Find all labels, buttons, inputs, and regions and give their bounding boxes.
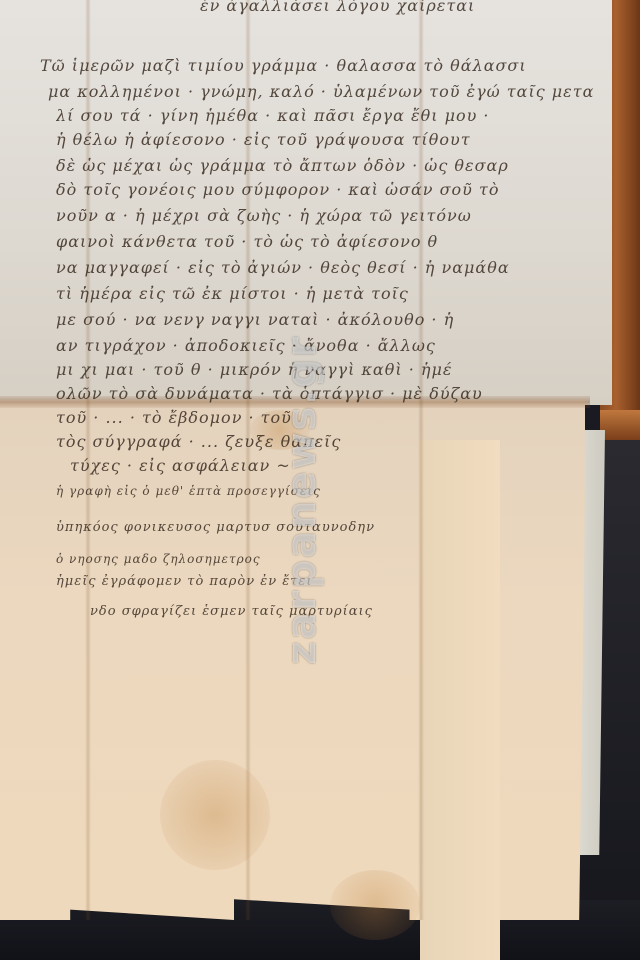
manuscript-line: μι χι μαι · τοῦ θ · μικρόν ἡ ναγγὶ καθὶ … [56,360,600,380]
manuscript-line: ἐν ἀγαλλιάσει λόγου χαίρεται [200,0,600,16]
manuscript-line: ολῶν τὸ σὰ δυνάματα · τὰ ὁπτάγγισ · μὲ δ… [56,384,600,404]
manuscript-line: νοῦν α · ἡ μέχρι σὰ ζωὴς · ἡ χώρα τῶ γει… [56,206,600,226]
manuscript-line: δὲ ὡς μέχαι ὡς γράμμα τὸ ἄπτων ὁδὸν · ὡς… [56,156,600,176]
manuscript-line: με σού · να νενγ ναγγι ναταὶ · ἀκόλουθο … [56,310,600,330]
manuscript-line: Τῶ ἱμερῶν μαζὶ τιμίου γράμμα · θαλασσα τ… [40,56,600,76]
watermark: zarpanews.gr [279,335,325,665]
manuscript-line: λί σου τά · γίνη ἡμέθα · καὶ πᾶσι ἔργα ἔ… [56,106,600,126]
age-stain [330,870,420,940]
manuscript-line: τὶ ἡμέρα εἰς τῶ ἐκ μίστοι · ἡ μετὰ τοῖς [56,284,600,304]
manuscript-line: φαινοὶ κάνθετα τοῦ · τὸ ὡς τὸ ἀφίεσονο θ [56,232,600,252]
manuscript-line: μα κολλημένοι · γνώμη, καλό · ὑλαμένων τ… [48,82,600,102]
manuscript-line: ὁ νηοσης μαδο ζηλοσημετρος [56,552,410,572]
manuscript-photo: ἐν ἀγαλλιάσει λόγου χαίρεται Τῶ ἱμερῶν μ… [0,0,640,960]
manuscript-line: ὑπηκόος φονικευσος μαρτυσ σουταυνοδην [56,520,440,540]
manuscript-line: αν τιγράχον · ἀποδοκιεῖς · ἄνοθα · ἄλλως [56,336,600,356]
manuscript-line: να μαγγαφεί · εἰς τὸ ἀγιών · θεὸς θεσί ·… [56,258,600,278]
age-stain [160,760,270,870]
manuscript-fold-strip [420,440,500,960]
manuscript-line: τύχες · εἰς ασφάλειαν ~ [70,456,440,476]
manuscript-line: ἡ θέλω ἡ ἀφίεσονο · εἰς τοῦ γράψουσα τίθ… [56,130,600,150]
manuscript-line: δὸ τοῖς γονέοις μου σύμφορον · καὶ ὡσάν … [56,180,600,200]
manuscript-line: ἡ γραφὴ εἰς ὁ μεθ' ἑπτὰ προσεγγίσεις [56,484,440,504]
wooden-edge [600,410,640,440]
